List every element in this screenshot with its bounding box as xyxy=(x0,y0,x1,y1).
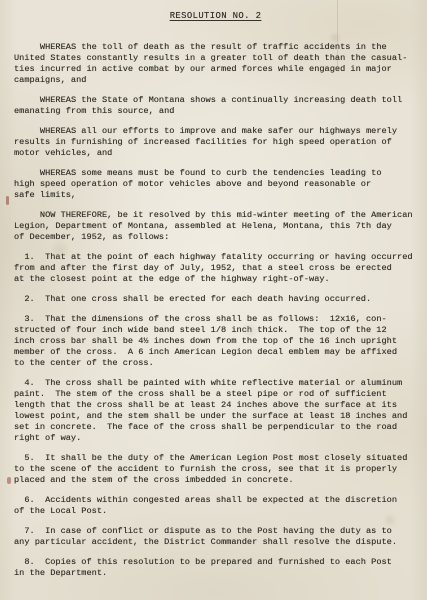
resolution-item-6: 6. Accidents within congested areas shal… xyxy=(14,495,417,517)
resolution-item-4: 4. The cross shall be painted with white… xyxy=(14,378,417,444)
document-title: RESOLUTION NO. 2 xyxy=(14,11,417,22)
resolution-item-8: 8. Copies of this resolution to be prepa… xyxy=(14,557,417,579)
whereas-paragraph-4: WHEREAS some means must be found to curb… xyxy=(14,168,417,201)
whereas-paragraph-2: WHEREAS the State of Montana shows a con… xyxy=(14,95,417,117)
resolution-item-5: 5. It shall be the duty of the American … xyxy=(14,453,417,486)
resolution-item-1: 1. That at the point of each highway fat… xyxy=(14,252,417,285)
red-ink-speck xyxy=(7,477,11,484)
whereas-paragraph-1: WHEREAS the toll of death as the result … xyxy=(14,42,417,86)
whereas-paragraph-3: WHEREAS all our efforts to improve and m… xyxy=(14,126,417,159)
resolution-item-3: 3. That the dimensions of the cross shal… xyxy=(14,314,417,369)
red-ink-speck xyxy=(6,196,9,205)
now-therefore-paragraph: NOW THEREFORE, be it resolved by this mi… xyxy=(14,210,417,243)
scanned-document-page: RESOLUTION NO. 2 WHEREAS the toll of dea… xyxy=(0,0,427,600)
resolution-item-7: 7. In case of conflict or dispute as to … xyxy=(14,526,417,548)
resolution-item-2: 2. That one cross shall be erected for e… xyxy=(14,294,417,305)
